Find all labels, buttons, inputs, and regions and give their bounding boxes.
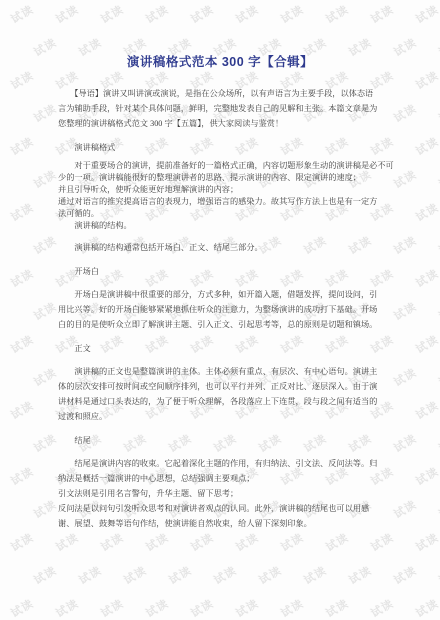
watermark: 试读 <box>98 595 127 620</box>
watermark: 试读 <box>301 562 330 588</box>
document-content: 演讲稿格式范本 300 字【合辑】 【导语】演讲又叫讲演或演说，是指在公众场所，… <box>0 0 440 531</box>
watermark: 试读 <box>233 595 262 620</box>
watermark: 试读 <box>278 529 307 555</box>
text-line: 法可循的。 <box>58 208 378 220</box>
watermark: 试读 <box>391 562 420 588</box>
watermark: 试读 <box>278 595 307 620</box>
watermark: 试读 <box>8 595 37 620</box>
watermark: 试读 <box>413 529 440 555</box>
text-line: 演讲稿格式 <box>58 140 378 155</box>
watermark: 试读 <box>53 595 82 620</box>
watermark: 试读 <box>53 529 82 555</box>
text-line: 纳法是概括一篇演讲的中心思想，总结强调主要观点； <box>58 471 378 486</box>
section-heading: 演讲稿格式 <box>58 140 378 155</box>
text-line: 您整理的演讲稿格式范文 300 字【五篇】，供大家阅读与鉴赏！ <box>58 116 378 131</box>
watermark: 试读 <box>188 595 217 620</box>
watermark: 试读 <box>31 562 60 588</box>
watermark: 试读 <box>166 562 195 588</box>
text-line: 正文 <box>58 341 378 356</box>
watermark: 试读 <box>121 562 150 588</box>
watermark: 试读 <box>211 562 240 588</box>
text-line: 演讲稿的正文也是整篇演讲的主体。主体必须有重点、有层次、有中心语句。演讲主 <box>58 364 378 379</box>
text-line: 演讲稿的结构。 <box>58 220 378 232</box>
text-line: 【导语】演讲又叫讲演或演说，是指在公众场所，以有声语言为主要手段，以体态语 <box>58 86 378 101</box>
watermark: 试读 <box>323 595 352 620</box>
text-line: 讲材料是通过口头表达的，为了便于听众理解，各段落应上下连贯，段与段之间有适当的 <box>58 394 378 409</box>
section-heading: 正文 <box>58 341 378 356</box>
watermark: 试读 <box>436 562 440 588</box>
text-line: 少的一项。演讲稿能很好的整理演讲者的思路、提示演讲的内容、限定演讲的速度； <box>58 172 378 184</box>
text-line: 并且引导听众，使听众能更好地理解演讲的内容； <box>58 184 378 196</box>
watermark: 试读 <box>143 529 172 555</box>
page-title: 演讲稿格式范本 300 字【合辑】 <box>0 52 440 72</box>
text-line: 白的目的是使听众立即了解演讲主题、引入正文、引起思考等，总的原则是切题和镇场。 <box>58 317 378 332</box>
document-page: 试读试读试读试读试读试读试读试读试读试读试读试读试读试读试读试读试读试读试读试读… <box>0 0 440 620</box>
text-line: 结尾 <box>58 433 378 448</box>
watermark: 试读 <box>8 529 37 555</box>
section-heading: 结尾 <box>58 433 378 448</box>
text-line: 引文法则是引用名言警句，升华主题、留下思考； <box>58 486 378 501</box>
section-heading: 开场白 <box>58 264 378 279</box>
watermark: 试读 <box>368 529 397 555</box>
text-line: 用比兴等。好的开场白能够紧紧地抓住听众的注意力，为整场演讲的成功打下基础。开场 <box>58 302 378 317</box>
watermark: 试读 <box>346 562 375 588</box>
watermark: 试读 <box>76 562 105 588</box>
watermark: 试读 <box>98 529 127 555</box>
text-line: 通过对语言的推究提高语言的表现力，增强语言的感染力。故其写作方法上也是有一定方 <box>58 196 378 208</box>
text-line: 言为辅助手段，针对某个具体问题，鲜明，完整地发表自己的见解和主张。本篇文章是为 <box>58 101 378 116</box>
watermark: 试读 <box>323 529 352 555</box>
text-line: 反问法是以问句引发听众思考和对演讲者观点的认同。此外，演讲稿的结尾也可以用感 <box>58 501 378 516</box>
paragraph: 【导语】演讲又叫讲演或演说，是指在公众场所，以有声语言为主要手段，以体态语言为辅… <box>58 86 378 131</box>
text-line: 过渡和照应。 <box>58 409 378 424</box>
paragraph: 对于重要场合的演讲，提前准备好的一篇格式正确，内容切题形象生动的演讲稿是必不可少… <box>58 160 378 232</box>
paragraph: 开场白是演讲稿中很重要的部分，方式多种，如开篇入题，借题发挥，提问设问，引用比兴… <box>58 287 378 332</box>
watermark: 试读 <box>368 595 397 620</box>
document-body: 【导语】演讲又叫讲演或演说，是指在公众场所，以有声语言为主要手段，以体态语言为辅… <box>0 86 440 531</box>
watermark: 试读 <box>143 595 172 620</box>
paragraph: 演讲稿的结构通常包括开场白、正文、结尾三部分。 <box>58 240 378 255</box>
text-line: 结尾是演讲内容的收束。它起着深化主题的作用，有归纳法、引文法、反问法等。归 <box>58 456 378 471</box>
text-line: 开场白是演讲稿中很重要的部分，方式多种，如开篇入题，借题发挥，提问设问，引 <box>58 287 378 302</box>
watermark: 试读 <box>188 529 217 555</box>
watermark: 试读 <box>256 562 285 588</box>
paragraph: 结尾是演讲内容的收束。它起着深化主题的作用，有归纳法、引文法、反问法等。归纳法是… <box>58 456 378 531</box>
text-line: 演讲稿的结构通常包括开场白、正文、结尾三部分。 <box>58 240 378 255</box>
paragraph: 演讲稿的正文也是整篇演讲的主体。主体必须有重点、有层次、有中心语句。演讲主体的层… <box>58 364 378 424</box>
watermark: 试读 <box>233 529 262 555</box>
text-line: 开场白 <box>58 264 378 279</box>
text-line: 体的层次安排可按时间或空间顺序排列，也可以平行并列、正反对比、逐层深入。由于演 <box>58 379 378 394</box>
text-line: 对于重要场合的演讲，提前准备好的一篇格式正确，内容切题形象生动的演讲稿是必不可 <box>58 160 378 172</box>
watermark: 试读 <box>413 595 440 620</box>
text-line: 谢、展望、鼓舞等语句作结，使演讲能自然收束，给人留下深刻印象。 <box>58 516 378 531</box>
